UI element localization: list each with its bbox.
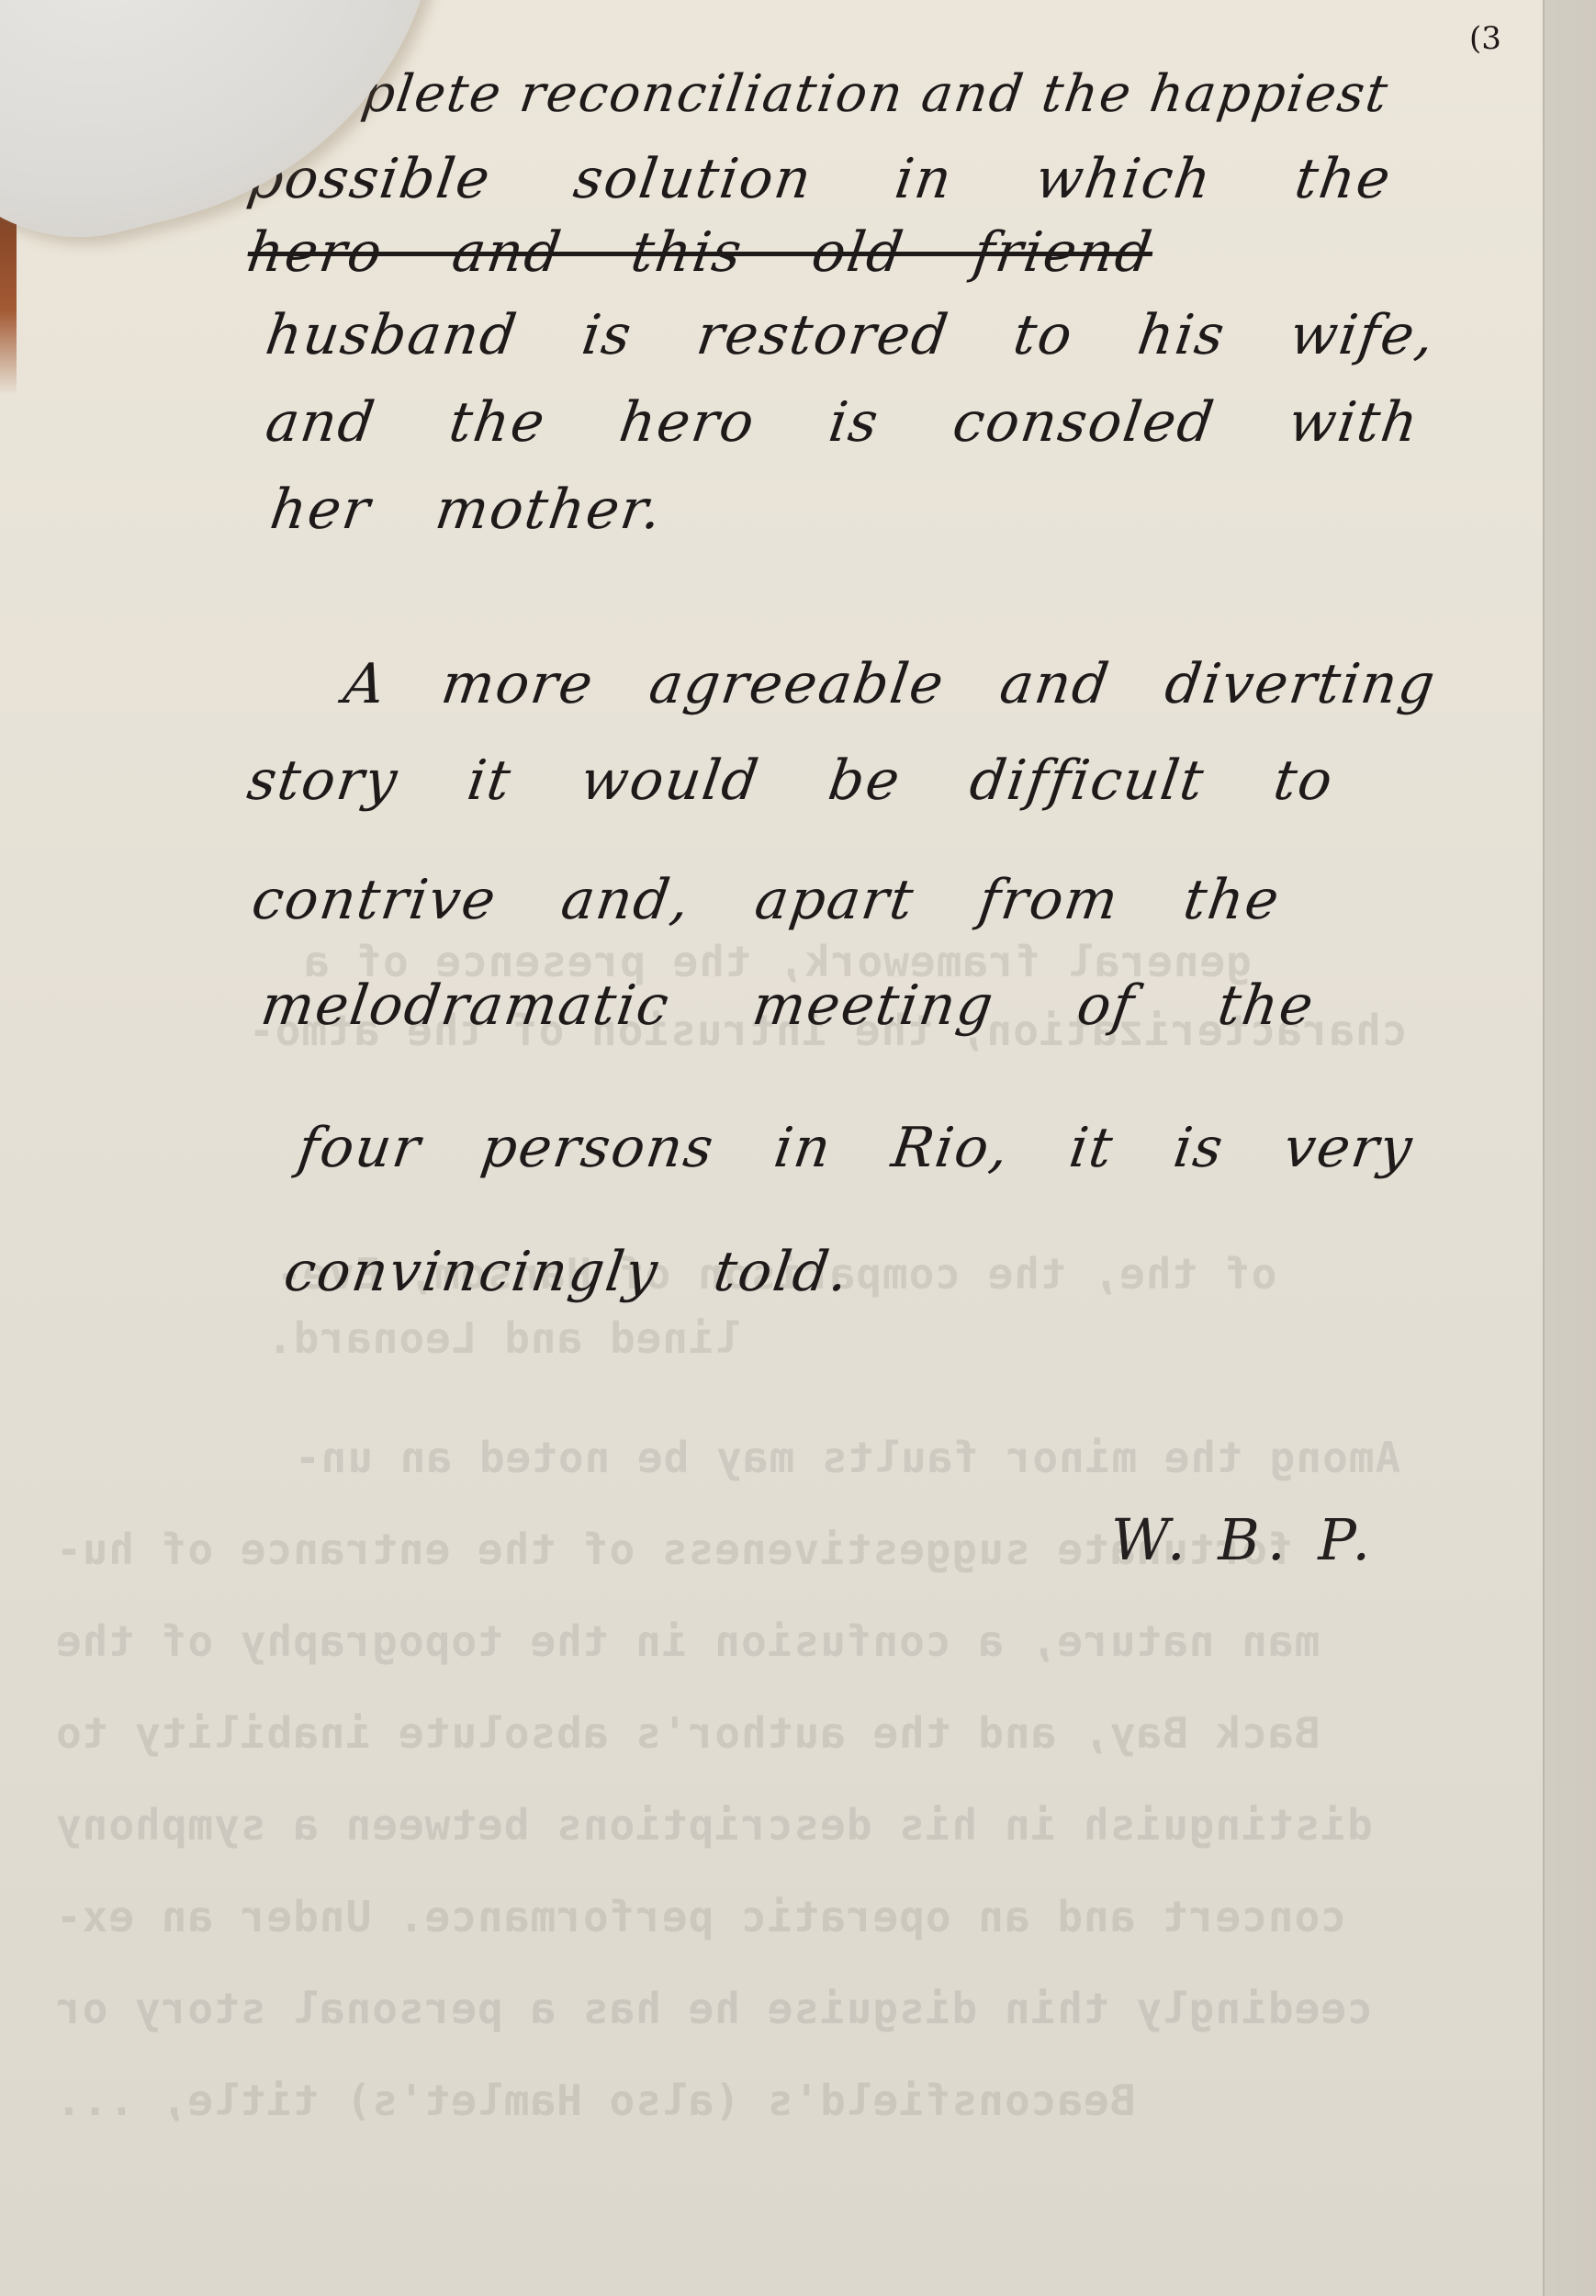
struck-through-line: hero and this old friend: [243, 220, 1157, 285]
handwritten-line: husband is restored to his wife,: [262, 303, 1439, 367]
handwritten-line: A more agreeable and diverting: [340, 652, 1440, 716]
show-through-line: concert and an operatic performance. Und…: [55, 1892, 1346, 1941]
handwritten-line: possible solution in which the: [243, 147, 1396, 211]
handwritten-line: contrive and, apart from the: [248, 868, 1285, 932]
show-through-line: man nature, a confusion in the topograph…: [55, 1616, 1320, 1666]
show-through-line: ceedingly thin disguise he has a persona…: [55, 1984, 1373, 2033]
signature-initials: W. B. P.: [1111, 1506, 1377, 1573]
handwritten-line: complete reconciliation and the happiest: [243, 64, 1392, 124]
handwritten-line: four persons in Rio, it is very: [294, 1116, 1418, 1180]
show-through-line: Back Bay, and the author's absolute inab…: [55, 1708, 1320, 1758]
show-through-line: fortunate suggestiveness of the entrance…: [55, 1525, 1294, 1574]
show-through-line: Among the minor faults may be noted an u…: [294, 1433, 1400, 1482]
handwritten-line: melodramatic meeting of the: [257, 974, 1319, 1038]
show-through-line: distinguish in his descriptions between …: [55, 1800, 1373, 1850]
show-through-line: lined and Leonard.: [266, 1313, 741, 1363]
show-through-line: Beaconsfield's (also Hamlet's) title, ..…: [55, 2076, 1135, 2125]
manuscript-page: general framework, the presence of a cha…: [0, 0, 1543, 2296]
handwritten-line: convincingly told.: [280, 1240, 854, 1304]
adjacent-page-edge: [1543, 0, 1596, 2296]
handwritten-line: and the hero is consoled with: [262, 390, 1423, 455]
handwritten-line: story it would be difficult to: [243, 748, 1338, 813]
page-number: (3: [1469, 20, 1501, 57]
handwritten-line: her mother.: [266, 478, 667, 542]
